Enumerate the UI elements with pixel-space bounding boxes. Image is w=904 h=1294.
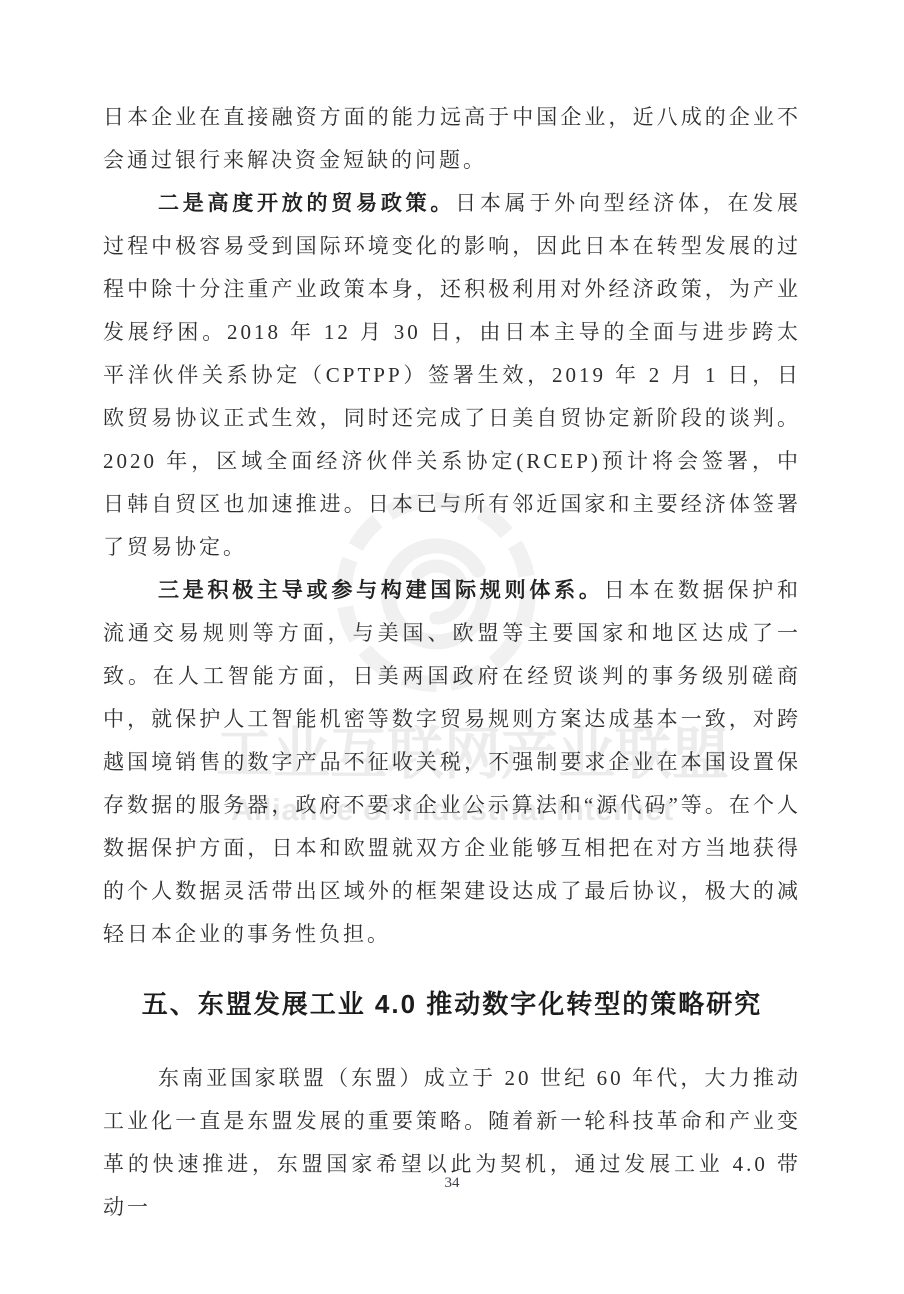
paragraph-trade-policy: 二是高度开放的贸易政策。日本属于外向型经济体，在发展过程中极容易受到国际环境变化… [103, 182, 801, 569]
paragraph-text: 日本属于外向型经济体，在发展过程中极容易受到国际环境变化的影响，因此日本在转型发… [103, 191, 801, 559]
paragraph-bold-lead: 三是积极主导或参与构建国际规则体系。 [158, 579, 604, 602]
document-page: 工业互联网产业联盟 Alliance of Industrial Interne… [0, 0, 904, 1294]
paragraph-japan-financing: 日本企业在直接融资方面的能力远高于中国企业，近八成的企业不会通过银行来解决资金短… [103, 96, 801, 182]
page-number: 34 [0, 1172, 904, 1194]
paragraph-bold-lead: 二是高度开放的贸易政策。 [158, 192, 455, 215]
paragraph-text: 日本在数据保护和流通交易规则等方面，与美国、欧盟等主要国家和地区达成了一致。在人… [103, 578, 801, 946]
paragraph-text: 东南亚国家联盟（东盟）成立于 20 世纪 60 年代，大力推动工业化一直是东盟发… [103, 1066, 801, 1219]
document-body: 日本企业在直接融资方面的能力远高于中国企业，近八成的企业不会通过银行来解决资金短… [103, 96, 801, 1229]
paragraph-asean-intro: 东南亚国家联盟（东盟）成立于 20 世纪 60 年代，大力推动工业化一直是东盟发… [103, 1057, 801, 1229]
section-heading: 五、东盟发展工业 4.0 推动数字化转型的策略研究 [103, 983, 801, 1026]
paragraph-international-rules: 三是积极主导或参与构建国际规则体系。日本在数据保护和流通交易规则等方面，与美国、… [103, 569, 801, 956]
paragraph-text: 日本企业在直接融资方面的能力远高于中国企业，近八成的企业不会通过银行来解决资金短… [103, 105, 801, 172]
